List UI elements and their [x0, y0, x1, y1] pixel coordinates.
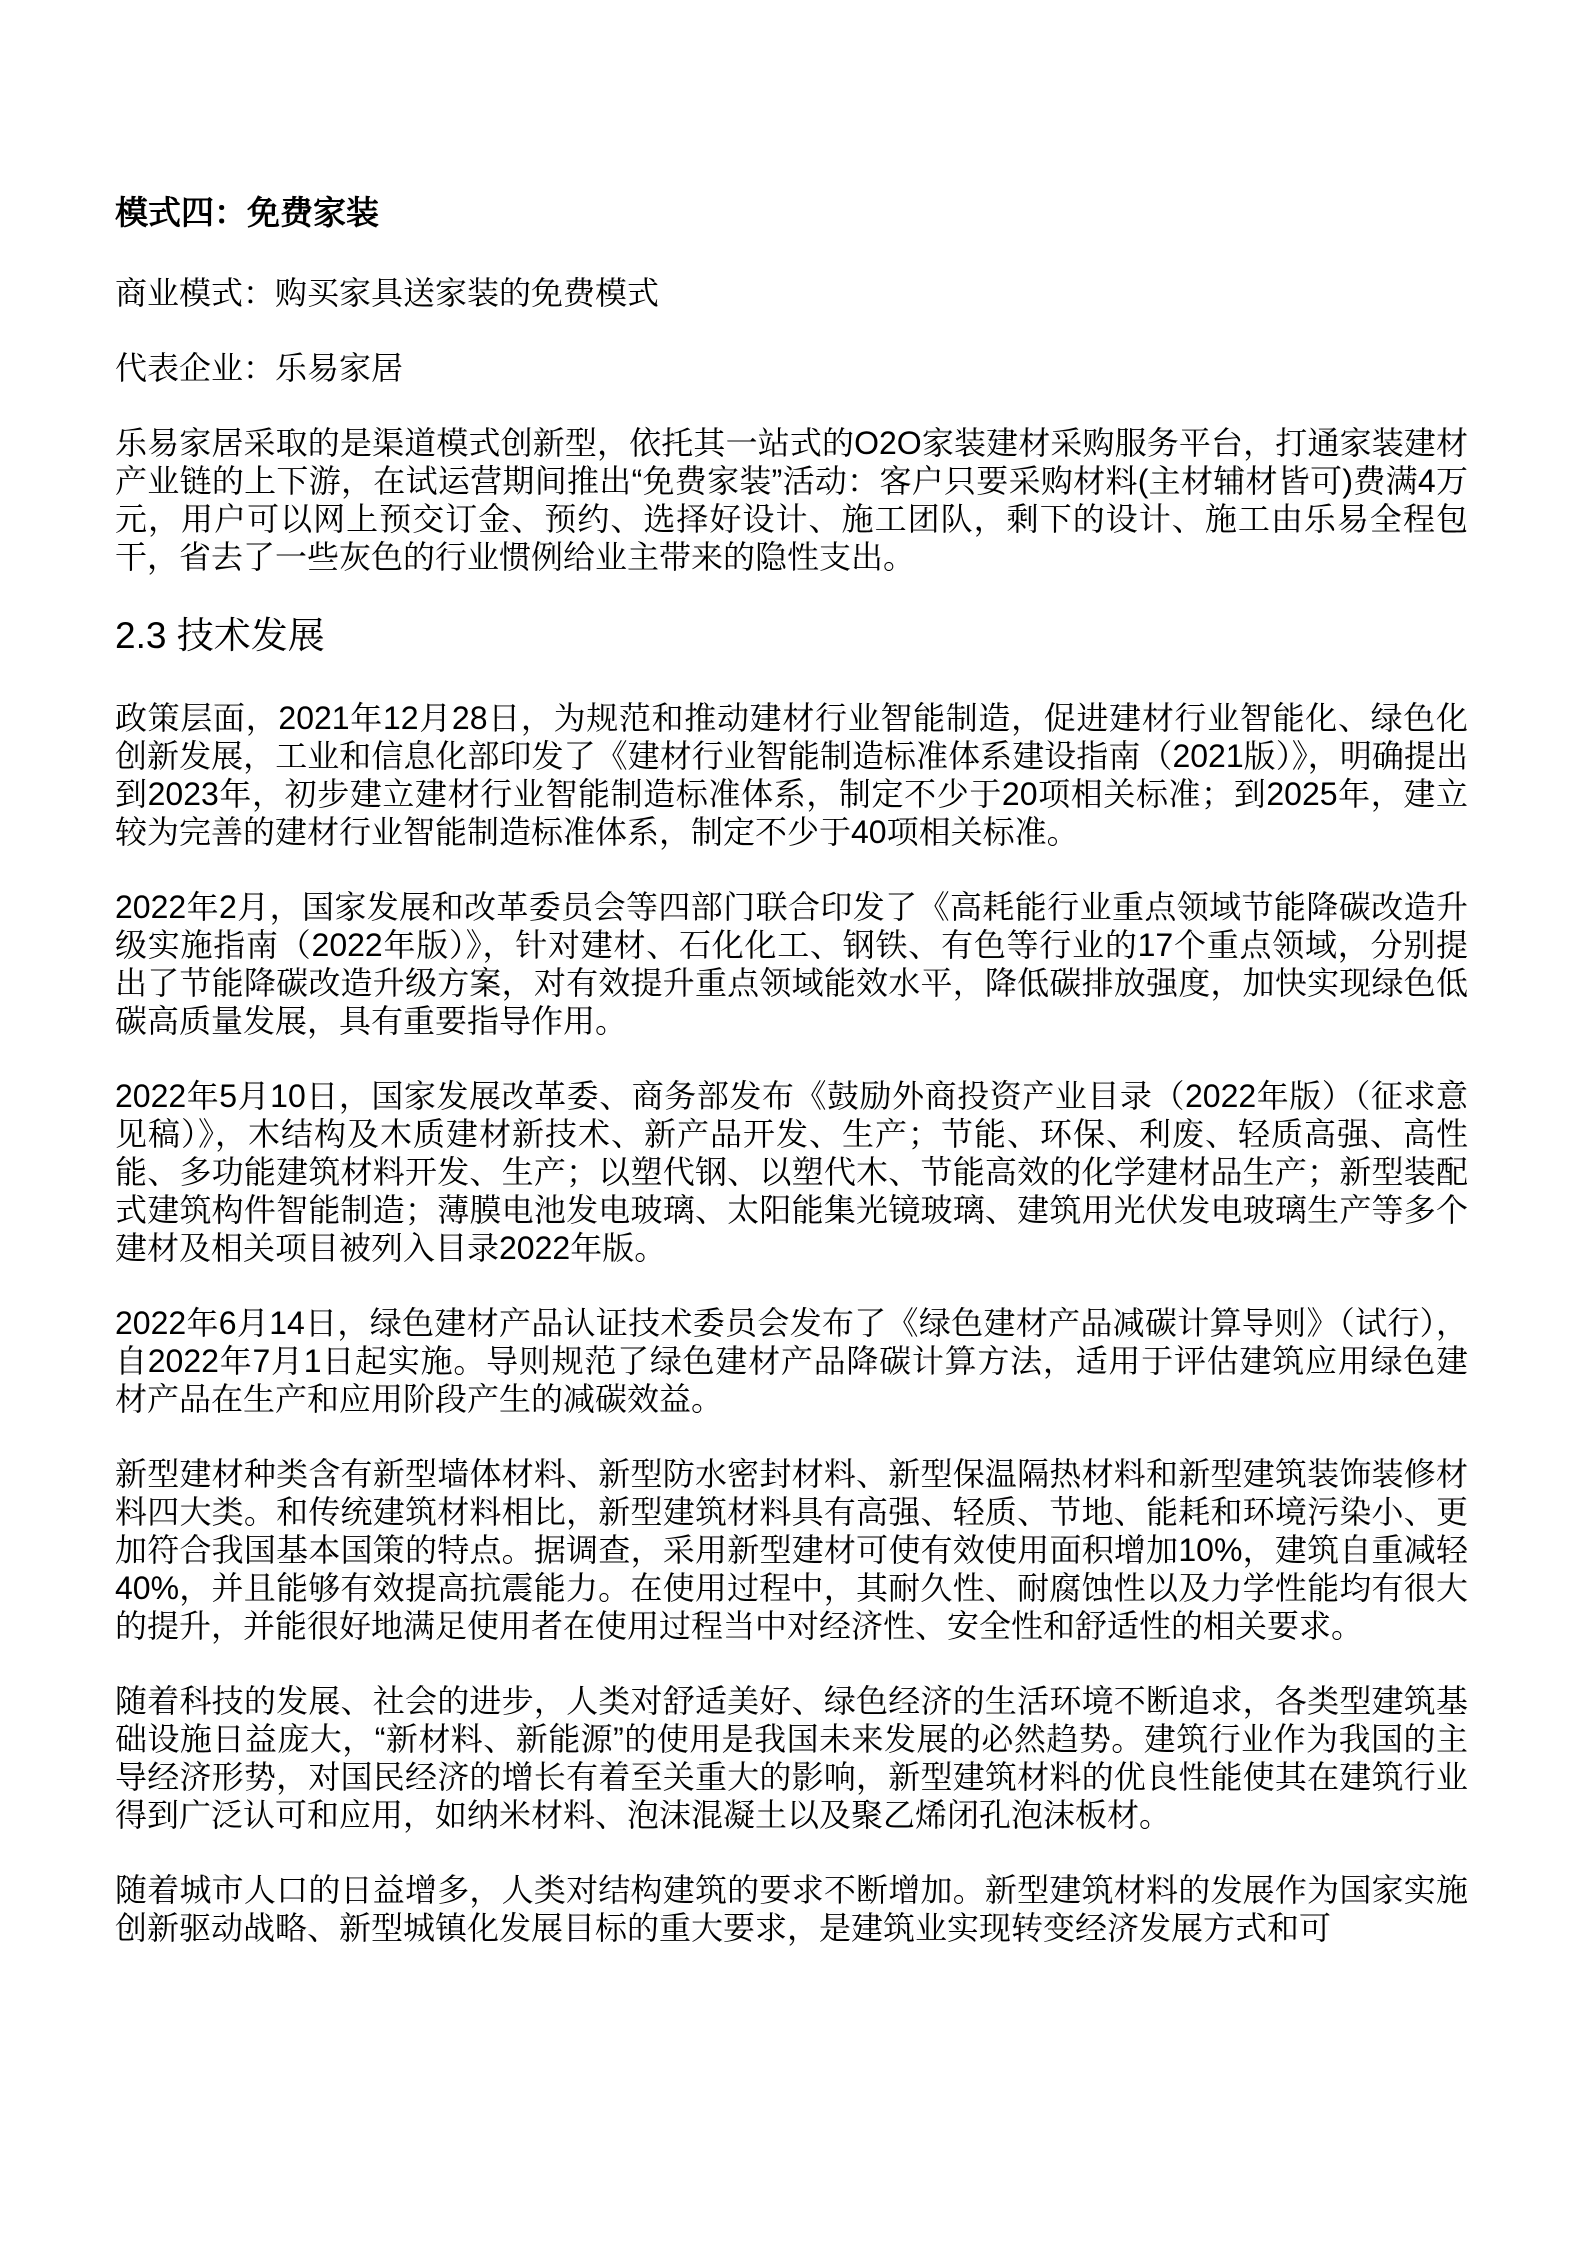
paragraph-leyi-home-description: 乐易家居采取的是渠道模式创新型，依托其一站式的O2O家装建材采购服务平台，打通家…	[115, 424, 1468, 576]
paragraph-policy-2022-02: 2022年2月，国家发展和改革委员会等四部门联合印发了《高耗能行业重点领域节能降…	[115, 888, 1468, 1040]
paragraph-new-material-categories: 新型建材种类含有新型墙体材料、新型防水密封材料、新型保温隔热材料和新型建筑装饰装…	[115, 1455, 1468, 1645]
paragraph-representative-company: 代表企业：乐易家居	[115, 349, 1468, 387]
paragraph-policy-2022-06-14: 2022年6月14日，绿色建材产品认证技术委员会发布了《绿色建材产品减碳计算导则…	[115, 1304, 1468, 1418]
paragraph-policy-2022-05-10: 2022年5月10日，国家发展改革委、商务部发布《鼓励外商投资产业目录（2022…	[115, 1077, 1468, 1267]
heading-section-2-3-technology-development: 2.3 技术发展	[115, 613, 1468, 659]
paragraph-business-model: 商业模式：购买家具送家装的免费模式	[115, 274, 1468, 312]
heading-mode-four-free-decoration: 模式四：免费家装	[115, 192, 1468, 234]
document-page: 模式四：免费家装 商业模式：购买家具送家装的免费模式 代表企业：乐易家居 乐易家…	[0, 0, 1585, 2244]
paragraph-policy-2021-12-28: 政策层面，2021年12月28日，为规范和推动建材行业智能制造，促进建材行业智能…	[115, 699, 1468, 851]
paragraph-urban-population-growth: 随着城市人口的日益增多，人类对结构建筑的要求不断增加。新型建筑材料的发展作为国家…	[115, 1871, 1468, 1947]
paragraph-technology-progress-trend: 随着科技的发展、社会的进步，人类对舒适美好、绿色经济的生活环境不断追求，各类型建…	[115, 1682, 1468, 1834]
